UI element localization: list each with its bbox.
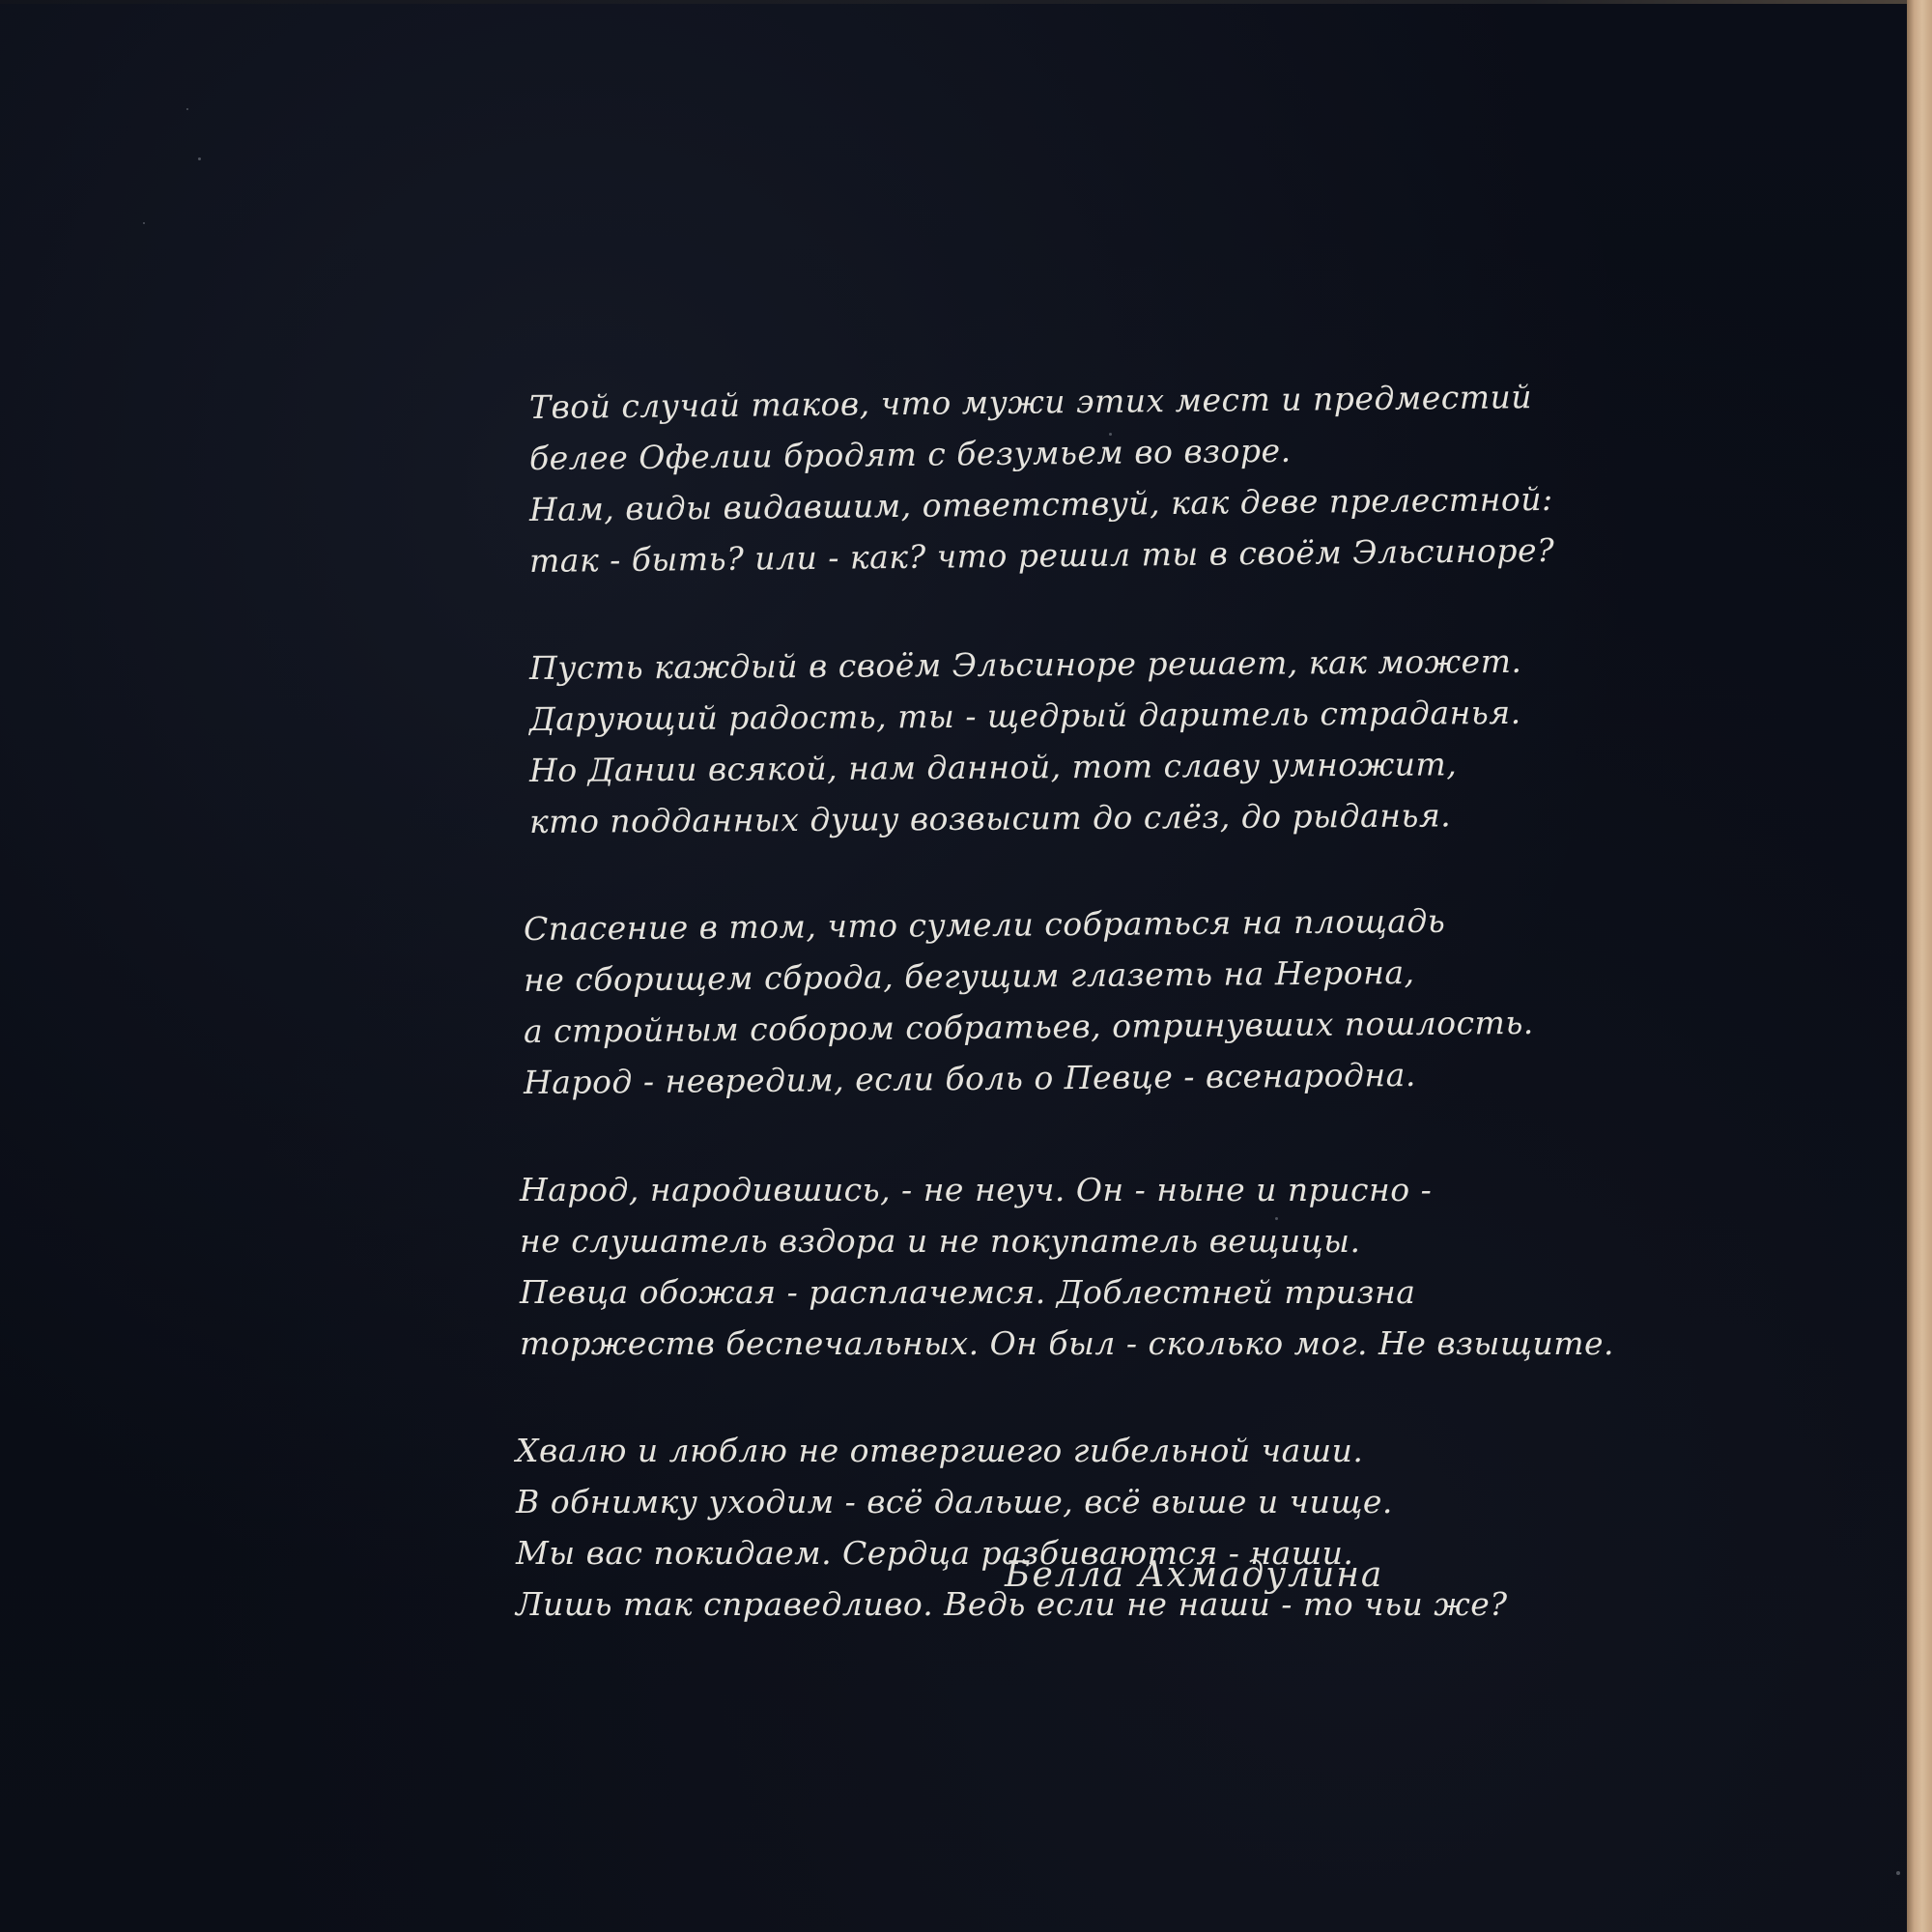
- dust-speck: [1896, 1871, 1900, 1875]
- poem-line: кто подданных душу возвысит до слёз, до …: [529, 789, 1457, 847]
- poem-line: Хвалю и люблю не отвергшего гибельной ча…: [516, 1425, 1457, 1476]
- stanza-5: Хвалю и люблю не отвергшего гибельной ча…: [516, 1425, 1457, 1630]
- author-signature: Белла Ахмадулина: [1005, 1555, 1383, 1595]
- stanza-1: Твой случай таков, что мужи этих мест и …: [529, 382, 1457, 586]
- poem-text: Твой случай таков, что мужи этих мест и …: [529, 382, 1457, 1686]
- poem-line: Пусть каждый в своём Эльсиноре решает, к…: [529, 636, 1457, 694]
- poem-line: а стройным собором собратьев, отринувших…: [524, 998, 1457, 1057]
- dust-speck: [143, 222, 145, 224]
- worn-right-edge: [1907, 0, 1932, 1932]
- poem-line: торжеств беспечальных. Он был - сколько …: [520, 1318, 1457, 1369]
- poem-line: не слушатель вздора и не покупатель вещи…: [520, 1215, 1457, 1266]
- poem-line: не сборищем сброда, бегущим глазеть на Н…: [524, 947, 1457, 1006]
- stanza-3: Спасение в том, что сумели собраться на …: [524, 903, 1457, 1108]
- poem-line: Спасение в том, что сумели собраться на …: [524, 895, 1457, 954]
- dust-speck: [186, 108, 188, 110]
- poem-line: так - быть? или - как? что решил ты в св…: [529, 526, 1458, 586]
- worn-top-edge: [0, 0, 1907, 4]
- poem-line: Народ, народившись, - не неуч. Он - ныне…: [520, 1164, 1457, 1215]
- poem-line: Но Дании всякой, нам данной, тот славу у…: [529, 738, 1457, 796]
- poem-line: Певца обожая - расплачемся. Доблестней т…: [520, 1266, 1457, 1318]
- poem-line: В обнимку уходим - всё дальше, всё выше …: [516, 1476, 1457, 1527]
- stanza-4: Народ, народившись, - не неуч. Он - ныне…: [520, 1164, 1457, 1369]
- poem-line: Дарующий радость, ты - щедрый даритель с…: [529, 687, 1457, 745]
- record-sleeve-back: Твой случай таков, что мужи этих мест и …: [0, 0, 1932, 1932]
- dust-speck: [198, 157, 201, 160]
- stanza-2: Пусть каждый в своём Эльсиноре решает, к…: [529, 642, 1457, 847]
- poem-line: Народ - невредим, если боль о Певце - вс…: [524, 1049, 1457, 1108]
